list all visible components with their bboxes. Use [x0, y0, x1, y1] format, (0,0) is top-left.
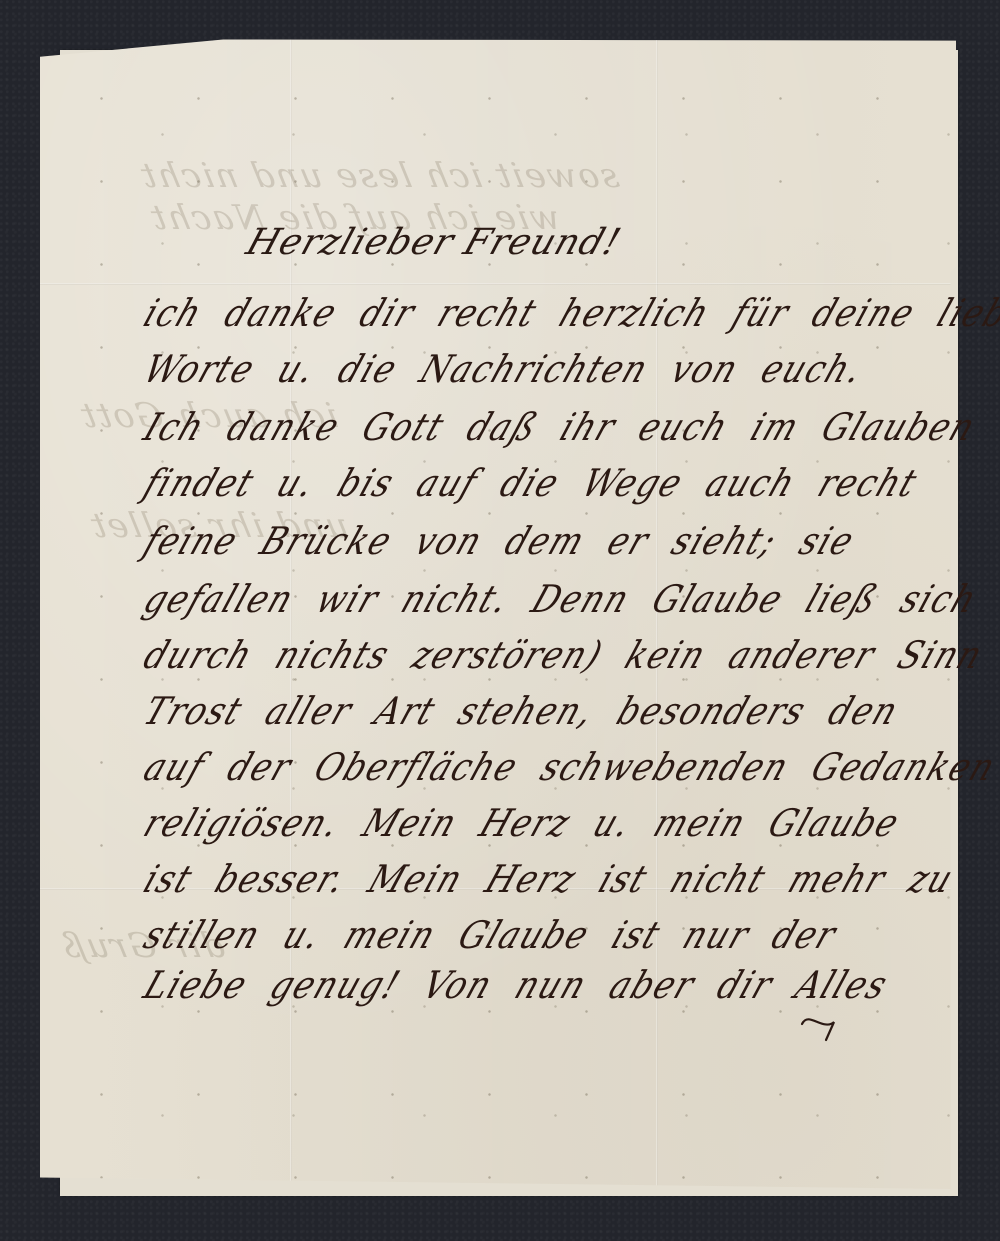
letter-line-10: religiösen. Mein Herz u. mein Glaube: [138, 800, 894, 845]
horizontal-fold-crease-top: [40, 283, 956, 285]
letter-line-6: gefallen wir nicht. Denn Glaube ließ sic…: [138, 576, 894, 621]
salutation: Herzlieber Freund!: [241, 222, 626, 263]
closing-flourish-icon: [798, 1014, 838, 1044]
letter-line-8: Trost aller Art stehen, besonders den: [138, 688, 894, 733]
letter-line-5: feine Brücke von dem er sieht; sie: [138, 518, 894, 563]
letter-line-1: ich danke dir recht herzlich für deine l…: [138, 290, 894, 335]
letter-line-9: auf der Oberfläche schwebenden Gedanken: [138, 744, 894, 789]
letter-line-2: Worte u. die Nachrichten von euch.: [138, 346, 894, 391]
bleed-through-text: soweit ich lese und nicht: [136, 156, 623, 196]
letter-line-3: Ich danke Gott daß ihr euch im Glauben: [138, 404, 894, 449]
letter-line-12: stillen u. mein Glaube ist nur der: [138, 912, 894, 957]
letter-line-11: ist besser. Mein Herz ist nicht mehr zu: [138, 856, 894, 901]
letter-line-4: findet u. bis auf die Wege auch recht: [138, 460, 894, 505]
letter-line-7: durch nichts zerstören) kein anderer Sin…: [138, 632, 894, 677]
letter-line-13: Liebe genug! Von nun aber dir Alles: [138, 962, 894, 1007]
